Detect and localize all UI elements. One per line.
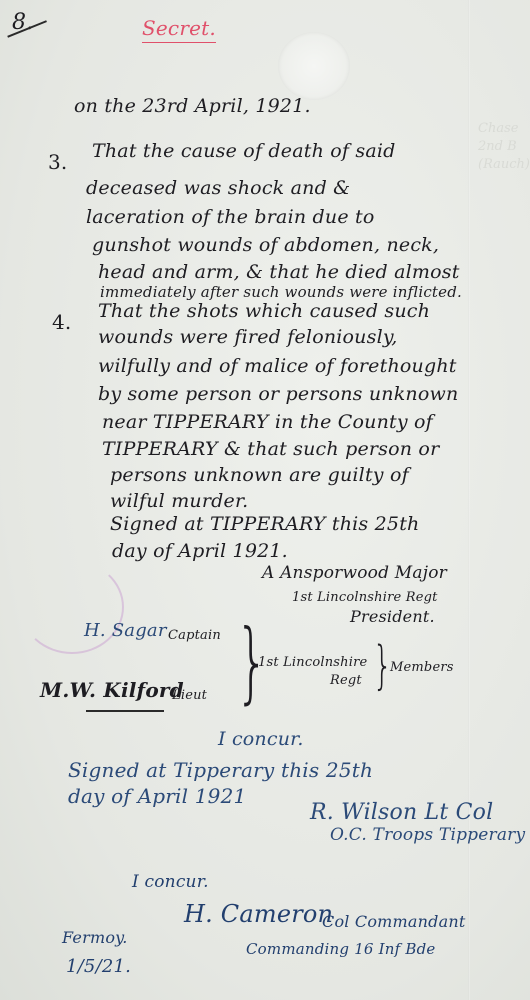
member-1-rank: Captain [168,628,221,643]
paragraph-4-line-8: wilful murder. [110,490,248,512]
members-unit-line-1: 1st Lincolnshire [258,655,367,670]
concurrence-2-date: 1/5/21. [66,956,131,977]
president-role: President. [350,607,435,626]
paragraph-4-line-4: by some person or persons unknown [98,383,458,405]
concurrence-1-heading: I concur. [218,728,304,750]
paragraph-3-line-2: deceased was shock and & [86,177,350,199]
paragraph-3-line-5: head and arm, & that he died almost [98,261,460,283]
paragraph-3-line-4: gunshot wounds of abdomen, neck, [92,234,439,256]
paragraph-3-number: 3. [48,150,67,174]
members-unit-line-2: Regt [330,673,362,688]
classification-label: Secret. [142,16,216,40]
concurrence-2-title-1: Col Commandant [322,912,465,931]
member-2-signature: M.W. Kilford [40,678,184,702]
concurrence-1-title: O.C. Troops Tipperary [330,825,525,845]
paragraph-4-line-2: wounds were fired feloniously, [98,326,398,348]
concurrence-2-title-2: Commanding 16 Inf Bde [246,940,435,958]
president-signature: A Ansporwood Major [262,563,447,583]
members-label: Members [390,660,454,675]
embossed-seal-icon [278,32,350,100]
member-1-signature: H. Sagar [84,620,167,641]
paragraph-3-line-1: That the cause of death of said [92,140,396,162]
concurrence-2-place: Fermoy. [62,928,128,947]
concurrence-1-line-2: day of April 1921 [68,784,246,808]
paragraph-4-line-6: TIPPERARY & that such person or [102,438,439,460]
paragraph-3-line-6-insertion: immediately after such wounds were infli… [100,283,462,301]
signed-at-line-2: day of April 1921. [112,540,288,562]
bleed-through-text: Chase2nd B(Rauch) [478,120,530,174]
paragraph-3-line-3: laceration of the brain due to [86,206,374,228]
paragraph-4-line-1: That the shots which caused such [98,300,430,322]
classification-text: Secret. [142,16,216,43]
paragraph-4-line-3: wilfully and of malice of forethought [98,355,457,377]
president-unit: 1st Lincolnshire Regt [292,590,438,605]
paragraph-4-number: 4. [52,310,71,334]
date-line: on the 23rd April, 1921. [74,95,311,117]
concurrence-2-signature: H. Cameron [184,900,333,928]
paper-fold [468,0,470,1000]
document-page: Chase2nd B(Rauch) 8. Secret. on the 23rd… [0,0,530,1000]
member-2-rank: Lieut [172,688,207,703]
concurrence-1-signature: R. Wilson Lt Col [310,800,493,825]
signed-at-line-1: Signed at TIPPERARY this 25th [110,513,419,535]
paragraph-4-line-5: near TIPPERARY in the County of [102,411,433,433]
concurrence-1-line-1: Signed at Tipperary this 25th [68,758,373,782]
paragraph-4-line-7: persons unknown are guilty of [110,464,409,486]
concurrence-2-heading: I concur. [132,872,209,892]
member-2-underline [86,710,164,712]
